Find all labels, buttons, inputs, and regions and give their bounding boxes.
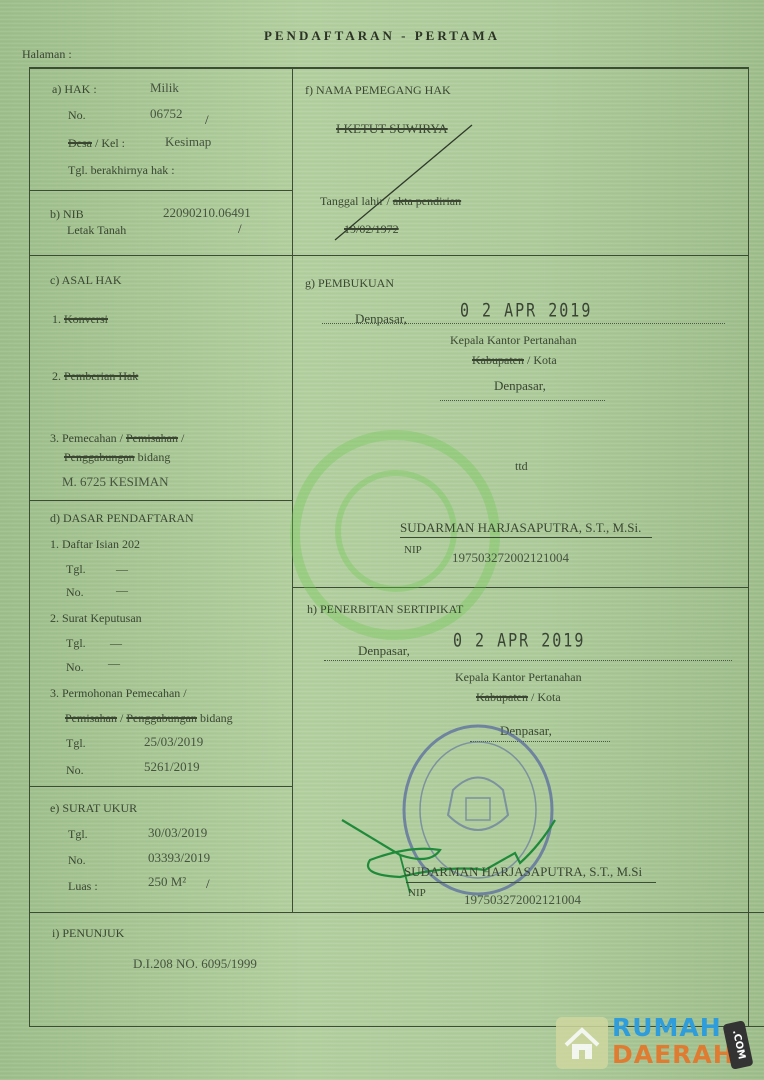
pembukuan-city-line <box>440 400 605 401</box>
column-divider <box>292 68 293 913</box>
dasar-item-3: 3. Permohonan Pemecahan / <box>50 686 187 701</box>
frame-top <box>29 67 749 69</box>
house-logo-icon <box>556 1017 608 1069</box>
dasar-item-3-tgl-value: 25/03/2019 <box>144 734 203 750</box>
penerbitan-official-name: SUDARMAN HARJASAPUTRA, S.T., M.Si <box>404 864 642 880</box>
pembukuan-nip-label: NIP <box>404 544 422 556</box>
penerbitan-office: Kepala Kantor Pertanahan <box>455 670 582 685</box>
penerbitan-place: Denpasar, <box>358 643 410 659</box>
surat-ukur-luas-value: 250 M² <box>148 874 186 890</box>
dasar-item-3-no-label: No. <box>66 763 84 778</box>
tgl-berakhir-label: Tgl. berakhirnya hak : <box>68 163 175 178</box>
nib-value: 22090210.06491 <box>163 205 251 221</box>
pembukuan-official-name: SUDARMAN HARJASAPUTRA, S.T., M.Si. <box>400 520 641 536</box>
penerbitan-signature-line <box>406 882 656 883</box>
pembukuan-place: Denpasar, <box>355 311 407 327</box>
penerbitan-date-stamp: 0 2 APR 2019 <box>453 631 585 650</box>
surat-ukur-luas-label: Luas : <box>68 879 98 894</box>
penerbitan-kab-kota: Kabupaten / Kota <box>476 690 561 705</box>
divider-c-d <box>30 500 292 501</box>
pembukuan-date-line <box>322 323 725 324</box>
asal-hak-item-1: 1. Konversi <box>52 312 108 327</box>
page-label: Halaman : <box>22 47 72 62</box>
handwritten-signature <box>340 815 610 895</box>
asal-hak-label: c) ASAL HAK <box>50 273 122 288</box>
pembukuan-date-stamp: 0 2 APR 2019 <box>460 301 592 320</box>
penerbitan-nip-label: NIP <box>408 887 426 899</box>
house-icon <box>556 1017 608 1069</box>
asal-hak-item-2: 2. Pemberian Hak <box>52 369 138 384</box>
penerbitan-label: h) PENERBITAN SERTIPIKAT <box>307 602 463 617</box>
dasar-item-2: 2. Surat Keputusan <box>50 611 142 626</box>
surat-ukur-label: e) SURAT UKUR <box>50 801 137 816</box>
hak-label: a) HAK : <box>52 82 97 97</box>
penerbitan-nip-value: 197503272002121004 <box>464 892 581 908</box>
divider-d-e <box>30 786 292 787</box>
asal-hak-value: M. 6725 KESIMAN <box>62 474 169 490</box>
dasar-item-1-no-value: — <box>116 583 128 598</box>
pembukuan-kab-kota: Kabupaten / Kota <box>472 353 557 368</box>
letak-tanah-label: Letak Tanah <box>67 223 126 238</box>
check-mark: / <box>206 876 210 892</box>
asal-hak-item-3-cont: Penggabungan bidang <box>64 450 170 465</box>
frame-left <box>29 67 30 1027</box>
penunjuk-value: D.I.208 NO. 6095/1999 <box>133 956 257 972</box>
surat-ukur-tgl-label: Tgl. <box>68 827 88 842</box>
divider-e-i <box>30 912 764 913</box>
nib-label: b) NIB <box>50 207 84 222</box>
logo-text-daerah: DAERAH <box>612 1040 735 1069</box>
pembukuan-label: g) PEMBUKUAN <box>305 276 394 291</box>
pembukuan-ttd: ttd <box>515 459 528 474</box>
dasar-item-3-cont: Pemisahan / Penggabungan bidang <box>65 711 233 726</box>
check-mark: / <box>205 112 209 128</box>
asal-hak-item-3: 3. Pemecahan / Pemisahan / <box>50 431 184 446</box>
dasar-item-2-tgl-value: — <box>110 636 122 651</box>
dasar-label: d) DASAR PENDAFTARAN <box>50 511 194 526</box>
dasar-item-1: 1. Daftar Isian 202 <box>50 537 140 552</box>
cancel-slash-mark <box>330 120 480 245</box>
pembukuan-city: Denpasar, <box>494 378 546 394</box>
document-title: PENDAFTARAN - PERTAMA <box>0 28 764 44</box>
desa-label-rest: / Kel : <box>92 136 125 150</box>
divider-b-c <box>30 255 748 256</box>
dasar-item-1-tgl-value: — <box>116 562 128 577</box>
pembukuan-nip-value: 197503272002121004 <box>452 550 569 566</box>
surat-ukur-no-label: No. <box>68 853 86 868</box>
hak-no-value: 06752 <box>150 106 183 122</box>
dasar-item-2-no-label: No. <box>66 660 84 675</box>
dasar-item-1-no-label: No. <box>66 585 84 600</box>
surat-ukur-no-value: 03393/2019 <box>148 850 210 866</box>
hak-value: Milik <box>150 80 179 96</box>
logo-text-rumah: RUMAH <box>612 1013 722 1042</box>
pembukuan-signature-line <box>400 537 652 538</box>
desa-value: Kesimap <box>165 134 211 150</box>
dasar-item-3-tgl-label: Tgl. <box>66 736 86 751</box>
dasar-item-3-no-value: 5261/2019 <box>144 759 200 775</box>
dasar-item-1-tgl-label: Tgl. <box>66 562 86 577</box>
penerbitan-date-line <box>324 660 732 661</box>
penunjuk-label: i) PENUNJUK <box>52 926 124 941</box>
dasar-item-2-no-value: — <box>108 656 120 671</box>
frame-right <box>748 67 749 1027</box>
desa-label: Desa / Kel : <box>68 136 125 151</box>
hak-no-label: No. <box>68 108 86 123</box>
pembukuan-office: Kepala Kantor Pertanahan <box>450 333 577 348</box>
surat-ukur-tgl-value: 30/03/2019 <box>148 825 207 841</box>
dasar-item-2-tgl-label: Tgl. <box>66 636 86 651</box>
divider-a-b <box>30 190 292 191</box>
pemegang-label: f) NAMA PEMEGANG HAK <box>305 83 451 98</box>
check-mark: / <box>238 221 242 237</box>
desa-label-struck: Desa <box>68 136 92 150</box>
